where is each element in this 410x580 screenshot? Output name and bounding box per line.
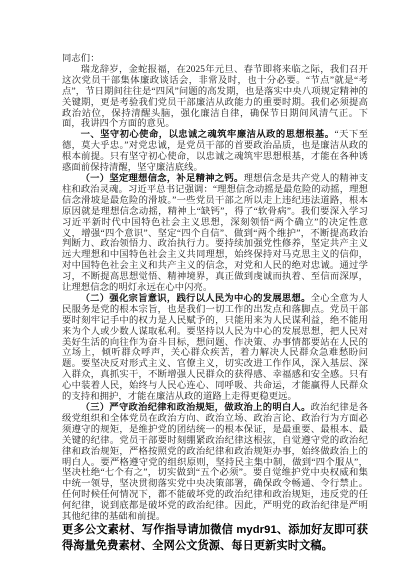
subsection-heading-3: （三）严守政治纪律和政治规矩，做政治上的明白人。	[81, 403, 311, 413]
paragraph-subsection-1: （一）坚定理想信念，补足精神之钙。理想信念是共产党人的精神支柱和政治灵魂。习近平…	[62, 174, 368, 294]
subsection-heading-1: （一）坚定理想信念，补足精神之钙。	[81, 174, 244, 184]
paragraph-section-1: 一、坚守初心使命，以忠诚之魂筑牢廉洁从政的思想根基。“天下至德，莫大乎忠。”对党…	[62, 130, 368, 174]
paragraph-subsection-2: （二）强化宗旨意识，践行以人民为中心的发展思想。全心全意为人民服务是党的根本宗旨…	[62, 294, 368, 403]
paragraph-text: 理想信念是共产党人的精神支柱和政治灵魂。习近平总书记强调：“理想信念动摇是最危险…	[62, 174, 368, 293]
footer-promo-text: 更多公文素材、写作指导请加微信 mydr91、添加好友即可获得海量免费素材、全网…	[62, 523, 368, 555]
paragraph-opening: 瑞龙辞岁，金蛇报福，在2025年元旦、春节即将来临之际，我们召开这次党员干部集体…	[62, 65, 368, 130]
document-page: 同志们： 瑞龙辞岁，金蛇报福，在2025年元旦、春节即将来临之际，我们召开这次党…	[62, 54, 368, 555]
paragraph-text: 瑞龙辞岁，金蛇报福，在2025年元旦、春节即将来临之际，我们召开这次党员干部集体…	[62, 65, 368, 130]
salutation-line: 同志们：	[62, 54, 368, 65]
paragraph-text: 政治纪律是各级党组织和全体党员在政治方向、政治立场、政治言论、政治行为方面必须遵…	[62, 403, 368, 522]
paragraph-text: 全心全意为人民服务是党的根本宗旨，也是我们一切工作的出发点和落脚点。党员干部要时…	[62, 294, 368, 402]
paragraph-subsection-3: （三）严守政治纪律和政治规矩，做政治上的明白人。政治纪律是各级党组织和全体党员在…	[62, 403, 368, 523]
section-heading-1: 一、坚守初心使命，以忠诚之魂筑牢廉洁从政的思想根基。	[81, 130, 335, 140]
subsection-heading-2: （二）强化宗旨意识，践行以人民为中心的发展思想。	[81, 294, 311, 304]
